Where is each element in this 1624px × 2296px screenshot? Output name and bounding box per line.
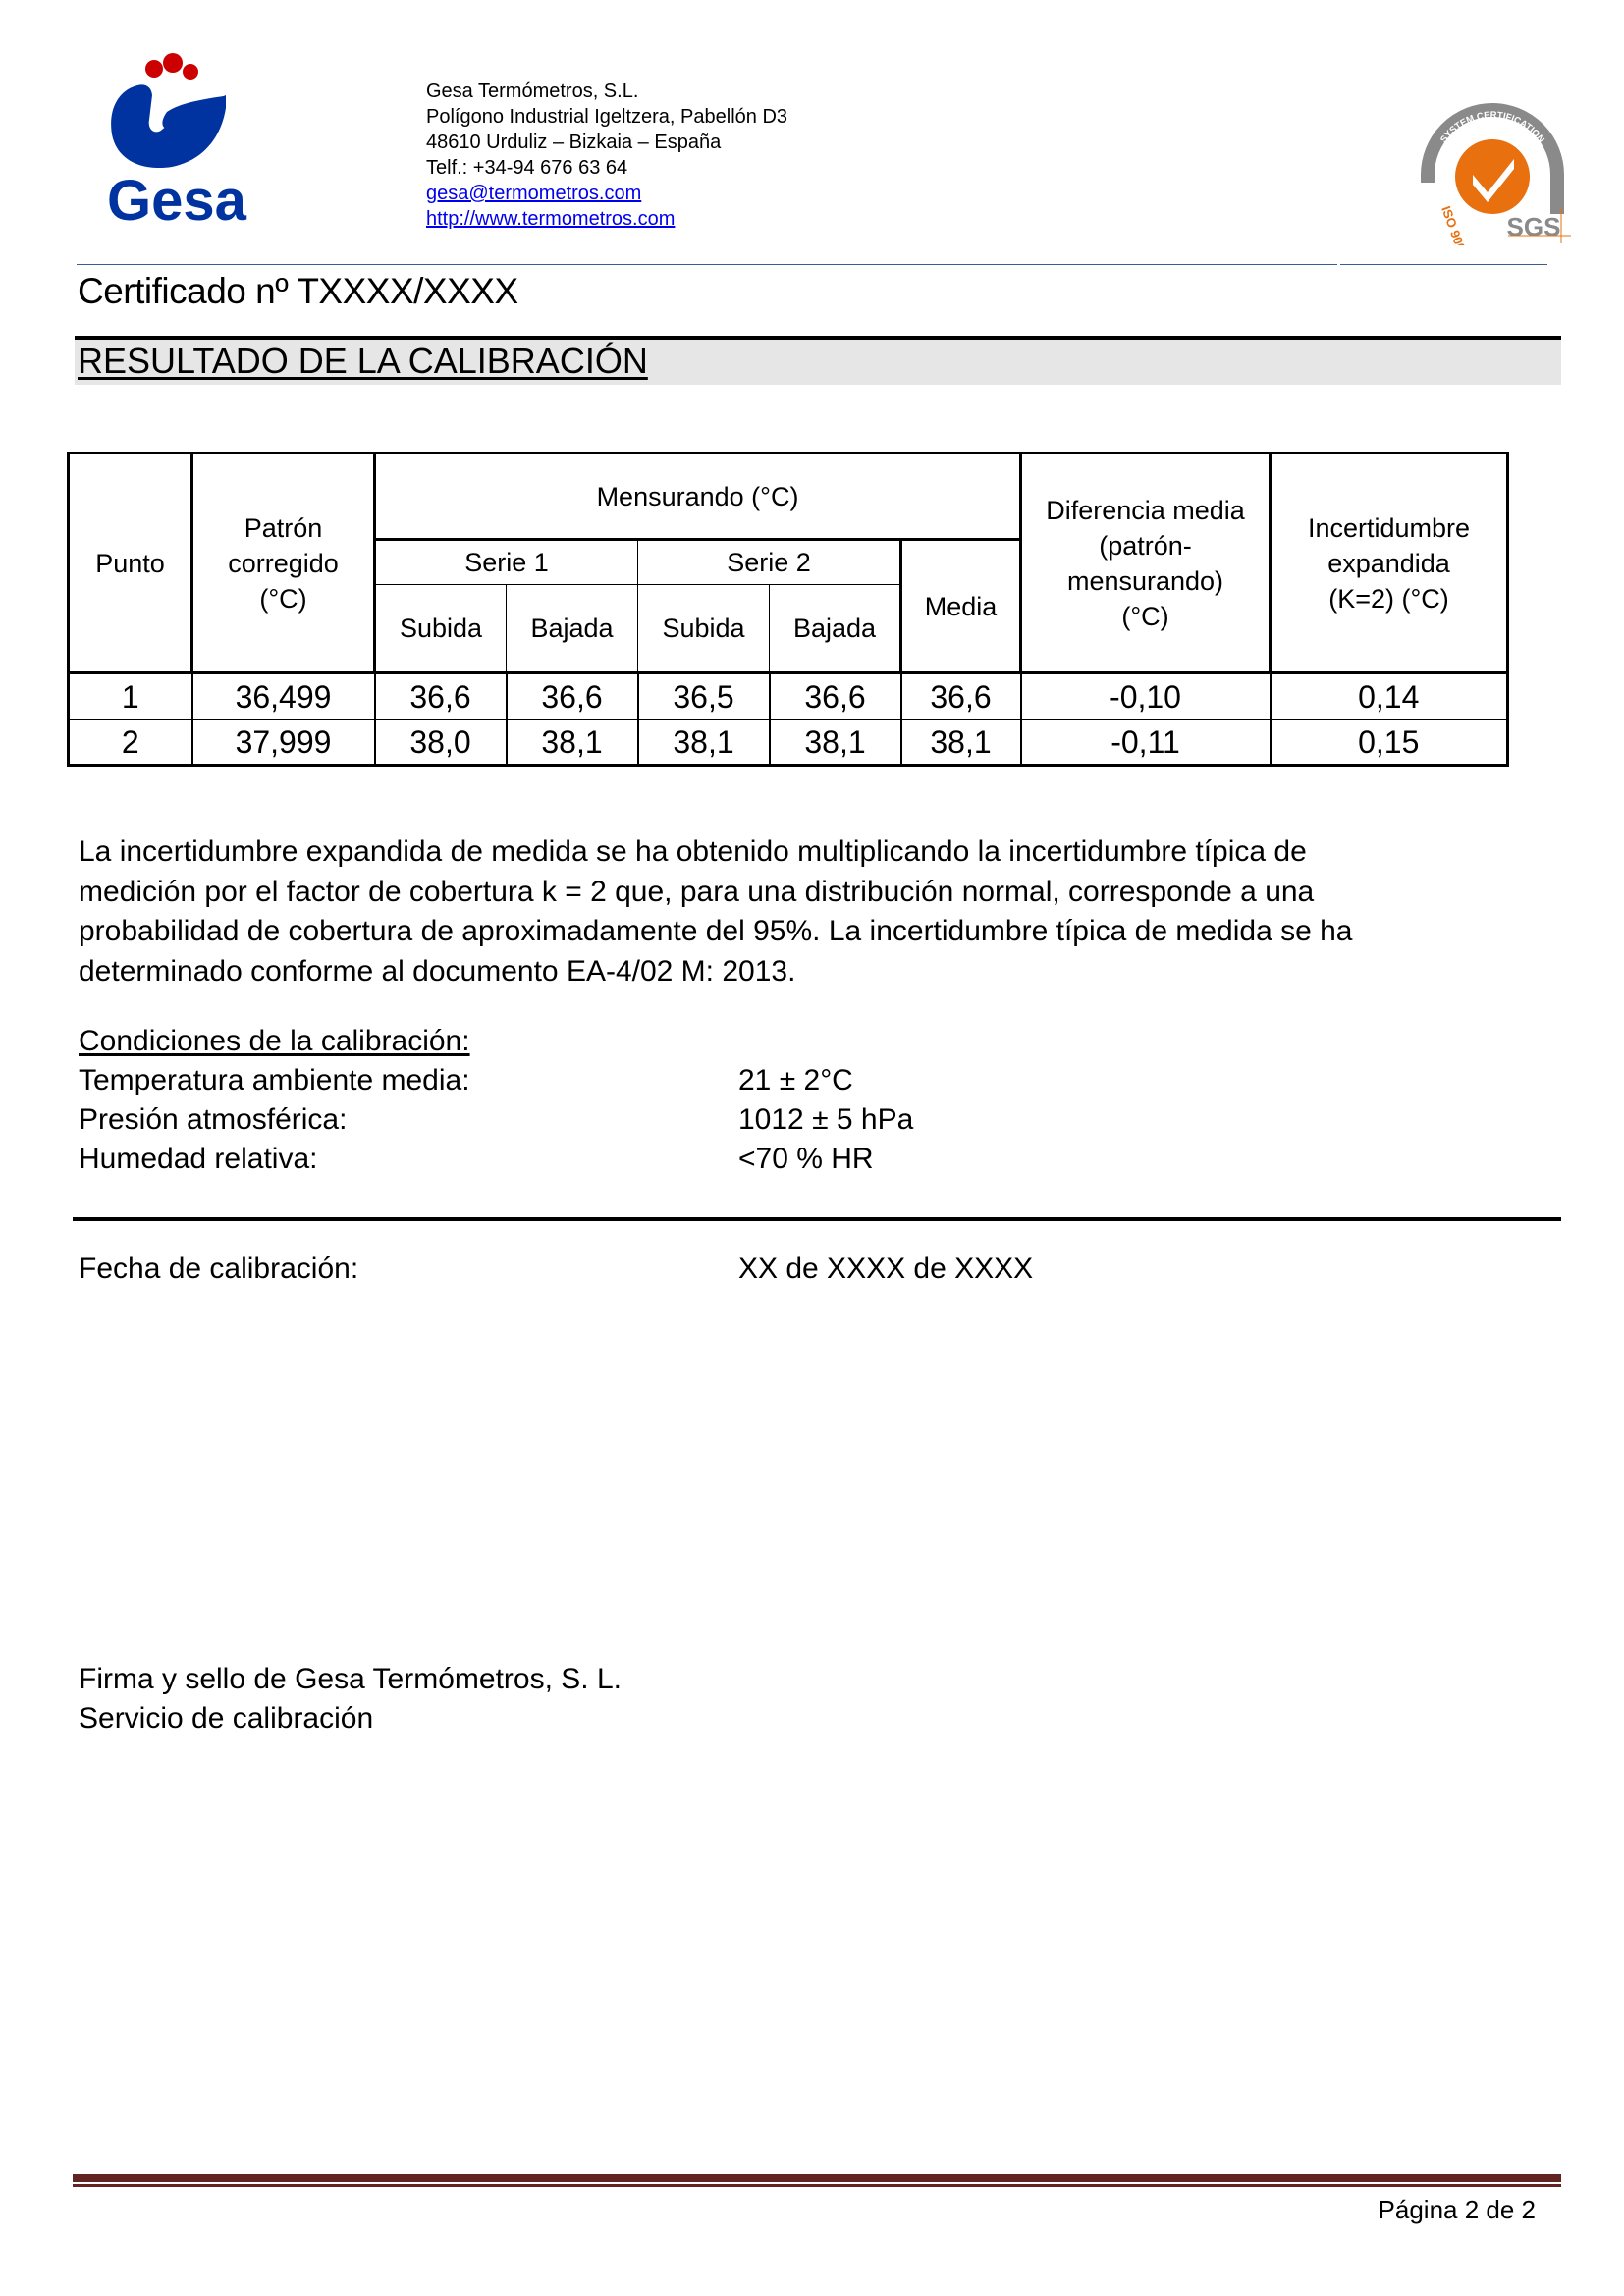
header-patron: Patrón corregido (°C): [192, 454, 375, 673]
cell-s1-bajada: 36,6: [507, 673, 638, 720]
footer-rule-thick: [73, 2174, 1561, 2182]
cell-s2-subida: 36,5: [638, 673, 770, 720]
sgs-label: SGS: [1507, 212, 1561, 241]
header-divider-gap: [1337, 263, 1340, 266]
logo-dot-icon: [183, 64, 198, 80]
header-diferencia-line: Diferencia media: [1022, 493, 1269, 528]
header-incertidumbre-line: (K=2) (°C): [1272, 581, 1506, 616]
cell-diferencia: -0,11: [1021, 720, 1271, 766]
header-s2-subida: Subida: [638, 585, 770, 673]
cell-media: 38,1: [901, 720, 1021, 766]
cell-s2-subida: 38,1: [638, 720, 770, 766]
header-incertidumbre-line: expandida: [1272, 546, 1506, 581]
condition-label: Humedad relativa:: [79, 1143, 317, 1176]
header-patron-line: (°C): [193, 581, 373, 616]
condition-label: Temperatura ambiente media:: [79, 1064, 470, 1097]
logo-dot-icon: [145, 60, 163, 78]
header-diferencia-line: (°C): [1022, 599, 1269, 634]
cell-s2-bajada: 38,1: [770, 720, 901, 766]
cell-patron: 36,499: [192, 673, 375, 720]
signature-line-1: Firma y sello de Gesa Termómetros, S. L.: [79, 1663, 622, 1696]
table-row: 1 36,499 36,6 36,6 36,5 36,6 36,6 -0,10 …: [69, 673, 1508, 720]
calibration-date-label: Fecha de calibración:: [79, 1253, 358, 1286]
note-line: probabilidad de cobertura de aproximadam…: [79, 912, 1532, 952]
company-name: Gesa Termómetros, S.L.: [426, 79, 787, 104]
address-line-2: 48610 Urduliz – Bizkaia – España: [426, 130, 787, 155]
header-diferencia-line: (patrón-: [1022, 528, 1269, 563]
header-serie-1: Serie 1: [375, 540, 638, 585]
header-serie-2: Serie 2: [638, 540, 901, 585]
cell-diferencia: -0,10: [1021, 673, 1271, 720]
sgs-iso-badge: SYSTEM CERTIFICATION ISO 9001 SGS: [1414, 98, 1571, 245]
cell-media: 36,6: [901, 673, 1021, 720]
header-diferencia: Diferencia media (patrón- mensurando) (°…: [1021, 454, 1271, 673]
cell-punto: 2: [69, 720, 192, 766]
header-incertidumbre-line: Incertidumbre: [1272, 510, 1506, 546]
header-diferencia-line: mensurando): [1022, 563, 1269, 599]
cell-s1-subida: 38,0: [375, 720, 507, 766]
header-s2-bajada: Bajada: [770, 585, 901, 673]
cell-patron: 37,999: [192, 720, 375, 766]
header-patron-line: Patrón: [193, 510, 373, 546]
table-row: 2 37,999 38,0 38,1 38,1 38,1 38,1 -0,11 …: [69, 720, 1508, 766]
calibration-date-value: XX de XXXX de XXXX: [738, 1253, 1033, 1286]
conditions-heading: Condiciones de la calibración:: [79, 1025, 470, 1058]
header-s1-subida: Subida: [375, 585, 507, 673]
certificate-number: Certificado nº TXXXX/XXXX: [78, 271, 518, 312]
header-s1-bajada: Bajada: [507, 585, 638, 673]
footer-rule-thin: [73, 2184, 1561, 2187]
note-line: determinado conforme al documento EA-4/0…: [79, 952, 1532, 992]
company-address: Gesa Termómetros, S.L. Polígono Industri…: [426, 79, 787, 232]
header-media: Media: [901, 540, 1021, 673]
header-mensurando: Mensurando (°C): [375, 454, 1021, 540]
cell-incertidumbre: 0,15: [1271, 720, 1508, 766]
header-punto: Punto: [69, 454, 192, 673]
header-incertidumbre: Incertidumbre expandida (K=2) (°C): [1271, 454, 1508, 673]
cell-s1-subida: 36,6: [375, 673, 507, 720]
section-divider: [73, 1217, 1561, 1221]
logo-text: Gesa: [107, 169, 247, 233]
condition-label: Presión atmosférica:: [79, 1103, 347, 1137]
condition-value: <70 % HR: [738, 1143, 874, 1176]
cell-incertidumbre: 0,14: [1271, 673, 1508, 720]
note-line: medición por el factor de cobertura k = …: [79, 873, 1532, 913]
page-number: Página 2 de 2: [1379, 2195, 1536, 2225]
section-title: RESULTADO DE LA CALIBRACIÓN: [78, 341, 648, 382]
header-divider: [77, 264, 1547, 265]
cell-s2-bajada: 36,6: [770, 673, 901, 720]
condition-value: 1012 ± 5 hPa: [738, 1103, 913, 1137]
phone: Telf.: +34-94 676 63 64: [426, 155, 787, 181]
cell-s1-bajada: 38,1: [507, 720, 638, 766]
check-circle-icon: [1455, 139, 1530, 214]
email-link[interactable]: gesa@termometros.com: [426, 181, 787, 206]
note-line: La incertidumbre expandida de medida se …: [79, 832, 1532, 873]
header-patron-line: corregido: [193, 546, 373, 581]
iso-standard-label: ISO 9001: [1438, 204, 1471, 245]
website-link[interactable]: http://www.termometros.com: [426, 206, 787, 232]
signature-line-2: Servicio de calibración: [79, 1702, 373, 1735]
uncertainty-note: La incertidumbre expandida de medida se …: [79, 832, 1532, 991]
condition-value: 21 ± 2°C: [738, 1064, 853, 1097]
cell-punto: 1: [69, 673, 192, 720]
logo-dot-icon: [163, 53, 183, 73]
gesa-logo: Gesa: [79, 51, 275, 233]
address-line-1: Polígono Industrial Igeltzera, Pabellón …: [426, 104, 787, 130]
calibration-results-table: Punto Patrón corregido (°C) Mensurando (…: [67, 452, 1509, 767]
